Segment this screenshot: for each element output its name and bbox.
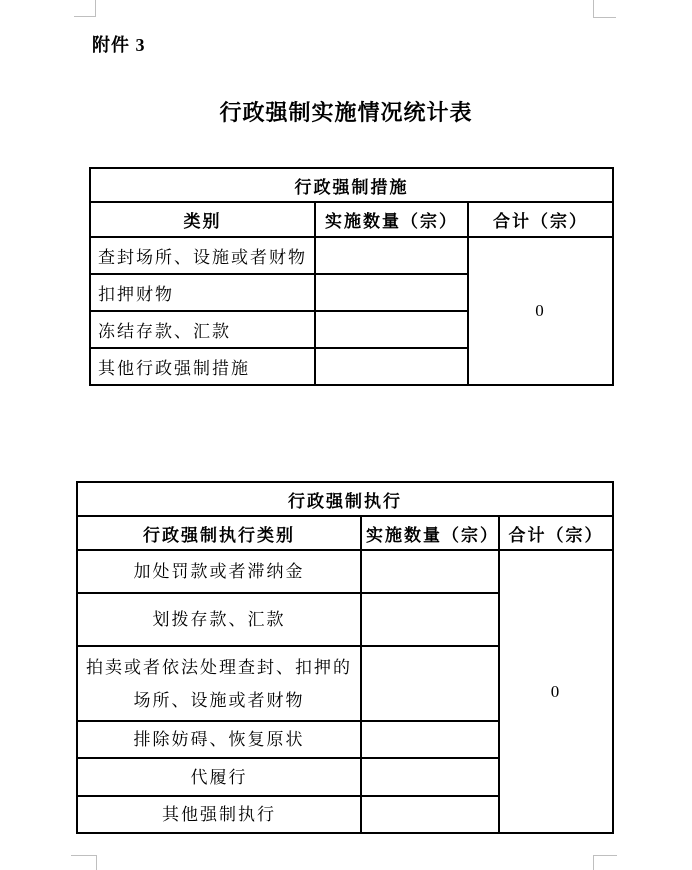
table-row: 行政强制措施 <box>90 168 613 202</box>
margin-mark-top-left-icon <box>74 0 96 17</box>
enforcement-count-cell[interactable] <box>361 721 499 758</box>
enforcement-category-cell: 划拨存款、汇款 <box>77 593 361 646</box>
measures-count-cell[interactable] <box>315 348 468 385</box>
document-page: 附件 3 行政强制实施情况统计表 行政强制措施 类别 实施数量（宗） 合计（宗）… <box>0 0 692 870</box>
margin-mark-top-right-icon <box>593 0 616 18</box>
enforcement-col-header-total: 合计（宗） <box>499 516 613 550</box>
enforcement-category-cell: 其他强制执行 <box>77 796 361 833</box>
margin-mark-bottom-left-icon <box>71 855 97 870</box>
table-row: 行政强制执行 <box>77 482 613 516</box>
enforcement-col-header-count: 实施数量（宗） <box>361 516 499 550</box>
enforcement-category-cell: 拍卖或者依法处理查封、扣押的 场所、设施或者财物 <box>77 646 361 721</box>
table-row: 类别 实施数量（宗） 合计（宗） <box>90 202 613 237</box>
measures-count-cell[interactable] <box>315 237 468 274</box>
measures-count-cell[interactable] <box>315 311 468 348</box>
attachment-label: 附件 3 <box>92 31 146 57</box>
table-row: 查封场所、设施或者财物 0 <box>90 237 613 274</box>
table-row: 行政强制执行类别 实施数量（宗） 合计（宗） <box>77 516 613 550</box>
enforcement-table: 行政强制执行 行政强制执行类别 实施数量（宗） 合计（宗） 加处罚款或者滞纳金 … <box>76 481 614 834</box>
enforcement-table-title: 行政强制执行 <box>77 482 613 516</box>
measures-col-header-count: 实施数量（宗） <box>315 202 468 237</box>
enforcement-count-cell[interactable] <box>361 646 499 721</box>
enforcement-count-cell[interactable] <box>361 593 499 646</box>
measures-category-cell: 其他行政强制措施 <box>90 348 315 385</box>
enforcement-count-cell[interactable] <box>361 758 499 796</box>
measures-category-cell: 冻结存款、汇款 <box>90 311 315 348</box>
measures-table: 行政强制措施 类别 实施数量（宗） 合计（宗） 查封场所、设施或者财物 0 扣押… <box>89 167 614 386</box>
measures-category-cell: 查封场所、设施或者财物 <box>90 237 315 274</box>
measures-total-cell: 0 <box>468 237 613 385</box>
enforcement-category-cell: 代履行 <box>77 758 361 796</box>
margin-mark-bottom-right-icon <box>593 855 617 870</box>
enforcement-count-cell[interactable] <box>361 550 499 593</box>
enforcement-category-cell: 排除妨碍、恢复原状 <box>77 721 361 758</box>
measures-col-header-category: 类别 <box>90 202 315 237</box>
measures-table-title: 行政强制措施 <box>90 168 613 202</box>
page-title: 行政强制实施情况统计表 <box>0 96 692 127</box>
enforcement-col-header-category: 行政强制执行类别 <box>77 516 361 550</box>
measures-col-header-total: 合计（宗） <box>468 202 613 237</box>
enforcement-category-cell: 加处罚款或者滞纳金 <box>77 550 361 593</box>
table-row: 加处罚款或者滞纳金 0 <box>77 550 613 593</box>
measures-count-cell[interactable] <box>315 274 468 311</box>
enforcement-count-cell[interactable] <box>361 796 499 833</box>
enforcement-total-cell: 0 <box>499 550 613 833</box>
measures-category-cell: 扣押财物 <box>90 274 315 311</box>
